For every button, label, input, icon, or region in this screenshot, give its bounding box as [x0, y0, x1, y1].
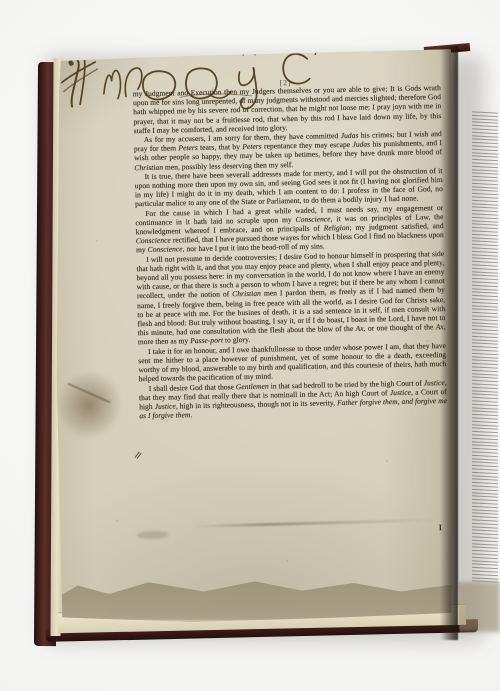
- paragraph-5: I will not presume to decide controversi…: [136, 249, 446, 347]
- facing-page: [452, 42, 500, 658]
- paragraph-7: I shall desire God that those Gentlemen …: [139, 378, 448, 421]
- book-page: [2] my Judgment and Execution then my Ju…: [56, 40, 454, 622]
- paragraph-3: It is true, there have been severall add…: [134, 166, 443, 209]
- facing-page-stain: [456, 582, 500, 632]
- facing-page-text: [472, 111, 498, 582]
- photo-background: [2] my Judgment and Execution then my Ju…: [0, 0, 500, 691]
- page-content: [2] my Judgment and Execution then my Ju…: [55, 33, 465, 623]
- paper-speckles: [56, 40, 58, 42]
- margin-annotation-mark: [134, 451, 142, 459]
- paragraph-6: I take it for an honour, and I owe thank…: [138, 341, 447, 384]
- paragraph-4: For the cause in which I had a great whi…: [135, 203, 444, 255]
